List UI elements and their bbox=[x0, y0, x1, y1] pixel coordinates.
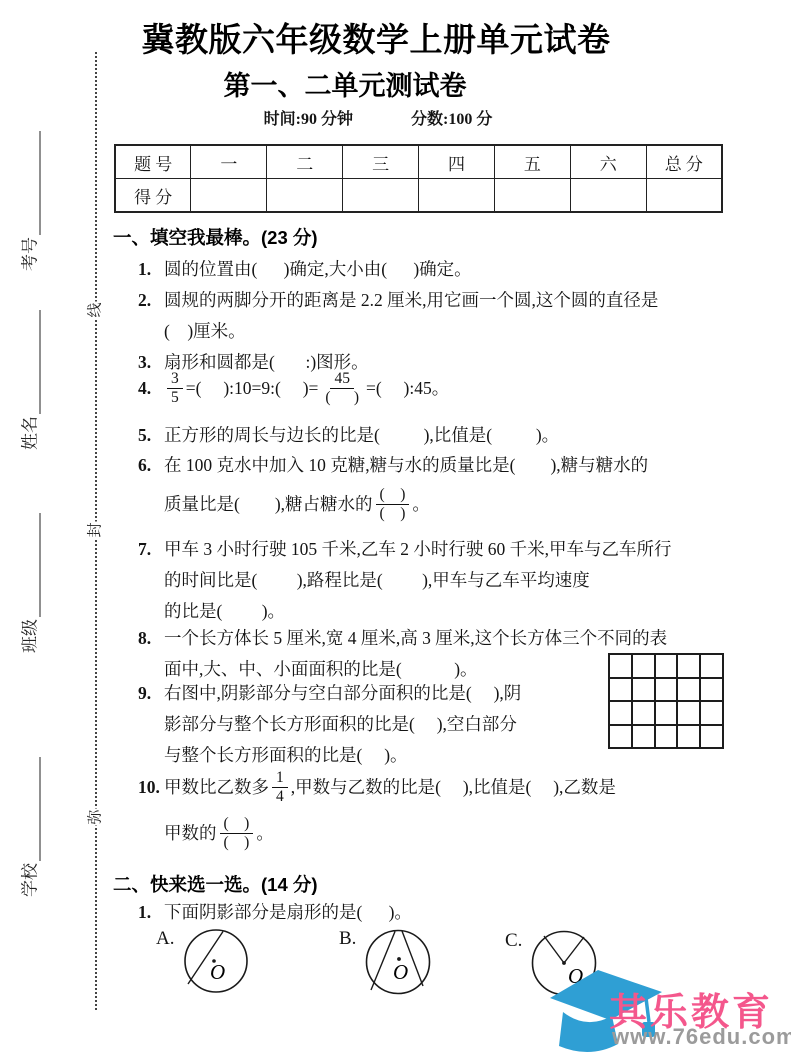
question-q4: 4.35=( ):10=9:( )=45( )=( ):45。 bbox=[138, 365, 783, 411]
score-row-label: 得 分 bbox=[115, 179, 191, 213]
score-table-header-cell: 四 bbox=[419, 145, 495, 179]
student-name-blank bbox=[20, 310, 41, 414]
option-b-label: B. bbox=[339, 928, 356, 950]
total-score-label: 分数:100 分 bbox=[411, 106, 492, 129]
time-limit-label: 时间:90 分钟 bbox=[264, 106, 353, 129]
page-title: 冀教版六年级数学上册单元试卷 bbox=[142, 14, 611, 61]
question-text: 。 bbox=[256, 818, 274, 849]
question-text: 甲车 3 小时行驶 105 千米,乙车 2 小时行驶 60 千米,甲车与乙车所行 bbox=[164, 539, 672, 559]
score-table-header-cell: 题 号 bbox=[115, 145, 191, 179]
class-label: 班级 bbox=[16, 619, 41, 653]
circle-with-chord-figure: O bbox=[183, 928, 251, 994]
grid-cell bbox=[632, 701, 655, 725]
score-table-header-cell: 六 bbox=[570, 145, 646, 179]
question-text: ( )厘米。 bbox=[164, 321, 246, 341]
school-label: 学校 bbox=[16, 863, 41, 897]
question-text: 质量比是( ),糖占糖水的 bbox=[164, 489, 373, 520]
fraction-numerator: 45 bbox=[330, 370, 354, 389]
circle-with-wedge-figure: O bbox=[365, 928, 433, 996]
question-line: 8.一个长方体长 5 厘米,宽 4 厘米,高 3 厘米,这个长方体三个不同的表 bbox=[138, 623, 783, 654]
score-cell bbox=[494, 179, 570, 213]
question-text: 面中,大、中、小面面积的比是( )。 bbox=[164, 659, 478, 679]
question-line: 4.35=( ):10=9:( )=45( )=( ):45。 bbox=[138, 365, 783, 411]
question-s2q1: 1.下面阴影部分是扇形的是( )。 bbox=[138, 897, 783, 928]
question-line: 6.在 100 克水中加入 10 克糖,糖与水的质量比是( ),糖与糖水的 bbox=[138, 450, 783, 481]
question-line: 甲数的( )( )。 bbox=[138, 810, 783, 856]
question-number: 6. bbox=[138, 450, 164, 481]
question-text: =( ):10=9:( )= bbox=[186, 373, 319, 404]
score-table-header-cell: 总 分 bbox=[646, 145, 722, 179]
question-q2: 2.圆规的两脚分开的距离是 2.2 厘米,用它画一个圆,这个圆的直径是( )厘米… bbox=[138, 285, 783, 347]
exam-paper-page: 冀教版六年级数学上册单元试卷 第一、二单元测试卷 时间:90 分钟 分数:100… bbox=[0, 0, 791, 1057]
grid-cell bbox=[655, 725, 678, 749]
section-heading-s1h: 一、填空我最棒。(23 分) bbox=[113, 224, 318, 250]
grid-cell bbox=[700, 725, 723, 749]
question-number: 9. bbox=[138, 678, 164, 709]
question-text: 甲数的 bbox=[164, 818, 217, 849]
choice-option-a: A. O bbox=[156, 928, 251, 994]
question-q6: 6.在 100 克水中加入 10 克糖,糖与水的质量比是( ),糖与糖水的质量比… bbox=[138, 450, 783, 527]
fraction-denominator: 4 bbox=[272, 788, 288, 806]
choice-option-b: B. O bbox=[330, 928, 433, 996]
question-line: 2.圆规的两脚分开的距离是 2.2 厘米,用它画一个圆,这个圆的直径是 bbox=[138, 285, 783, 316]
score-cell bbox=[646, 179, 722, 213]
grid-cell bbox=[677, 678, 700, 702]
question-number: 2. bbox=[138, 285, 164, 316]
question-q10: 10.甲数比乙数多14,甲数与乙数的比是( ),比值是( ),乙数是甲数的( )… bbox=[138, 764, 783, 856]
section-heading-s2h: 二、快来选一选。(14 分) bbox=[113, 871, 318, 897]
question-q1: 1.圆的位置由( )确定,大小由( )确定。 bbox=[138, 254, 783, 285]
school-blank bbox=[20, 757, 41, 861]
question-text: 的比是( )。 bbox=[164, 601, 285, 621]
grid-cell bbox=[677, 654, 700, 678]
question-text: 一个长方体长 5 厘米,宽 4 厘米,高 3 厘米,这个长方体三个不同的表 bbox=[164, 628, 667, 648]
question-line: 的时间比是( ),路程比是( ),甲车与乙车平均速度 bbox=[138, 565, 783, 596]
exam-number-blank bbox=[20, 131, 41, 235]
student-name-label: 姓名 bbox=[16, 416, 41, 450]
question-number: 4. bbox=[138, 373, 164, 404]
question-line: 1.下面阴影部分是扇形的是( )。 bbox=[138, 897, 783, 928]
fraction-denominator: ( ) bbox=[376, 505, 410, 523]
grid-cell bbox=[700, 678, 723, 702]
score-table-header-cell: 五 bbox=[494, 145, 570, 179]
seal-char: 封 bbox=[86, 521, 107, 538]
center-label: O bbox=[393, 960, 408, 984]
rectangle-grid-figure bbox=[608, 653, 724, 749]
fraction: 45( ) bbox=[321, 370, 363, 407]
question-text: 正方形的周长与边长的比是( ),比值是( )。 bbox=[164, 425, 559, 445]
question-q5: 5.正方形的周长与边长的比是( ),比值是( )。 bbox=[138, 420, 783, 451]
grid-cell bbox=[700, 701, 723, 725]
question-number: 1. bbox=[138, 254, 164, 285]
fraction-denominator: 5 bbox=[167, 389, 183, 407]
fraction-denominator: ( ) bbox=[321, 389, 363, 407]
score-table-header-row: 题 号 一 二 三 四 五 六 总 分 bbox=[115, 145, 722, 179]
question-text: 圆的位置由( )确定,大小由( )确定。 bbox=[164, 259, 472, 279]
fraction-numerator: ( ) bbox=[220, 815, 254, 834]
question-text: 。 bbox=[412, 489, 430, 520]
grid-cell bbox=[700, 654, 723, 678]
question-number: 1. bbox=[138, 897, 164, 928]
question-text: 圆规的两脚分开的距离是 2.2 厘米,用它画一个圆,这个圆的直径是 bbox=[164, 290, 658, 310]
fraction-denominator: ( ) bbox=[220, 834, 254, 852]
question-line: 质量比是( ),糖占糖水的( )( )。 bbox=[138, 481, 783, 527]
question-line: 5.正方形的周长与边长的比是( ),比值是( )。 bbox=[138, 420, 783, 451]
question-text: =( ):45。 bbox=[366, 373, 449, 404]
score-table-header-cell: 二 bbox=[267, 145, 343, 179]
student-name-field: 姓名 bbox=[16, 300, 41, 450]
grid-cell bbox=[609, 725, 632, 749]
grid-cell bbox=[609, 678, 632, 702]
question-text: 右图中,阴影部分与空白部分面积的比是( ),阴 bbox=[164, 683, 521, 703]
option-a-label: A. bbox=[156, 928, 174, 950]
score-table-header-cell: 一 bbox=[191, 145, 267, 179]
question-number: 10. bbox=[138, 772, 164, 803]
question-text: 影部分与整个长方形面积的比是( ),空白部分 bbox=[164, 714, 517, 734]
exam-number-label: 考号 bbox=[16, 237, 41, 271]
score-cell bbox=[343, 179, 419, 213]
center-label: O bbox=[210, 960, 225, 984]
score-table-score-row: 得 分 bbox=[115, 179, 722, 213]
grid-cell bbox=[632, 725, 655, 749]
score-cell bbox=[419, 179, 495, 213]
grid-cell bbox=[655, 678, 678, 702]
logo-website-text: www.76edu.com bbox=[612, 1024, 791, 1050]
grid-cell bbox=[655, 654, 678, 678]
score-table: 题 号 一 二 三 四 五 六 总 分 得 分 bbox=[114, 144, 723, 213]
question-number: 8. bbox=[138, 623, 164, 654]
fraction-numerator: 1 bbox=[272, 769, 288, 788]
score-table-header-cell: 三 bbox=[343, 145, 419, 179]
question-line: 10.甲数比乙数多14,甲数与乙数的比是( ),比值是( ),乙数是 bbox=[138, 764, 783, 810]
grid-cell bbox=[677, 725, 700, 749]
grid-cell bbox=[677, 701, 700, 725]
fraction: 35 bbox=[167, 370, 183, 407]
question-text: 与整个长方形面积的比是( )。 bbox=[164, 745, 408, 765]
grid-cell bbox=[655, 701, 678, 725]
grid-cell bbox=[632, 678, 655, 702]
grid-cell bbox=[609, 701, 632, 725]
question-line: 1.圆的位置由( )确定,大小由( )确定。 bbox=[138, 254, 783, 285]
question-text: 在 100 克水中加入 10 克糖,糖与水的质量比是( ),糖与糖水的 bbox=[164, 455, 648, 475]
score-cell bbox=[191, 179, 267, 213]
seal-char: 线 bbox=[86, 301, 107, 318]
class-field: 班级 bbox=[16, 503, 41, 653]
question-text: 下面阴影部分是扇形的是( )。 bbox=[164, 902, 412, 922]
question-line: 7.甲车 3 小时行驶 105 千米,乙车 2 小时行驶 60 千米,甲车与乙车… bbox=[138, 534, 783, 565]
exam-number-field: 考号 bbox=[16, 121, 41, 271]
grid-cell bbox=[632, 654, 655, 678]
score-cell bbox=[570, 179, 646, 213]
question-number: 7. bbox=[138, 534, 164, 565]
school-field: 学校 bbox=[16, 747, 41, 897]
score-cell bbox=[267, 179, 343, 213]
question-text: 甲数比乙数多 bbox=[164, 772, 269, 803]
question-number: 5. bbox=[138, 420, 164, 451]
fraction-numerator: 3 bbox=[167, 370, 183, 389]
fraction: 14 bbox=[272, 769, 288, 806]
exam-meta: 时间:90 分钟 分数:100 分 bbox=[264, 106, 493, 129]
question-q7: 7.甲车 3 小时行驶 105 千米,乙车 2 小时行驶 60 千米,甲车与乙车… bbox=[138, 534, 783, 627]
exam-title: 第一、二单元测试卷 bbox=[224, 64, 467, 103]
seal-char: 弥 bbox=[86, 808, 107, 825]
question-text: ,甲数与乙数的比是( ),比值是( ),乙数是 bbox=[291, 772, 616, 803]
fraction: ( )( ) bbox=[376, 486, 410, 523]
fraction: ( )( ) bbox=[220, 815, 254, 852]
question-line: ( )厘米。 bbox=[138, 316, 783, 347]
grid-cell bbox=[609, 654, 632, 678]
fraction-numerator: ( ) bbox=[376, 486, 410, 505]
class-blank bbox=[20, 513, 41, 617]
option-c-label: C. bbox=[505, 930, 522, 952]
question-text: 的时间比是( ),路程比是( ),甲车与乙车平均速度 bbox=[164, 570, 590, 590]
